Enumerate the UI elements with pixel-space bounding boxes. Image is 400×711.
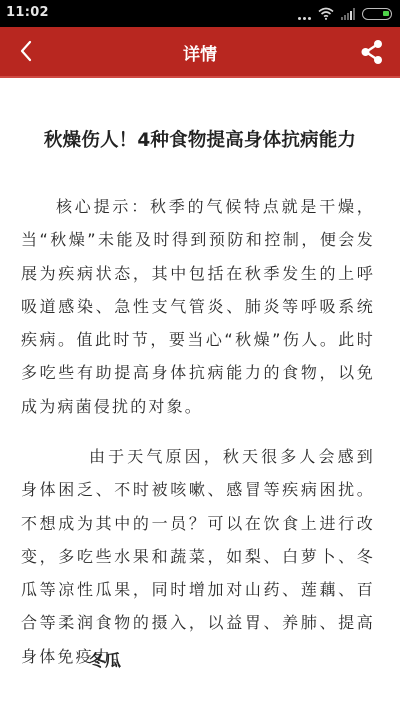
share-icon [360,39,384,65]
battery-icon [362,8,392,20]
section-heading: 冬瓜 [89,648,121,671]
wifi-icon [318,7,334,20]
page-title: 详情 [0,40,400,65]
status-icons [298,6,392,21]
status-bar: 11:02 [0,0,400,27]
share-button[interactable] [360,39,384,65]
signal-icon [341,8,355,20]
nav-bar: 详情 [0,27,400,78]
status-time: 11:02 [6,5,49,20]
article-paragraph-1: 核心提示：秋季的气候特点就是干燥，当“秋燥”未能及时得到预防和控制，便会发展为疾… [21,190,375,423]
article-paragraph-2: 由于天气原因，秋天很多人会感到身体困乏、不时被咳嗽、感冒等疾病困扰。不想成为其中… [21,440,375,673]
more-dots-icon [298,8,311,20]
article-title: 秋燥伤人！4种食物提高身体抗病能力 [0,126,400,152]
